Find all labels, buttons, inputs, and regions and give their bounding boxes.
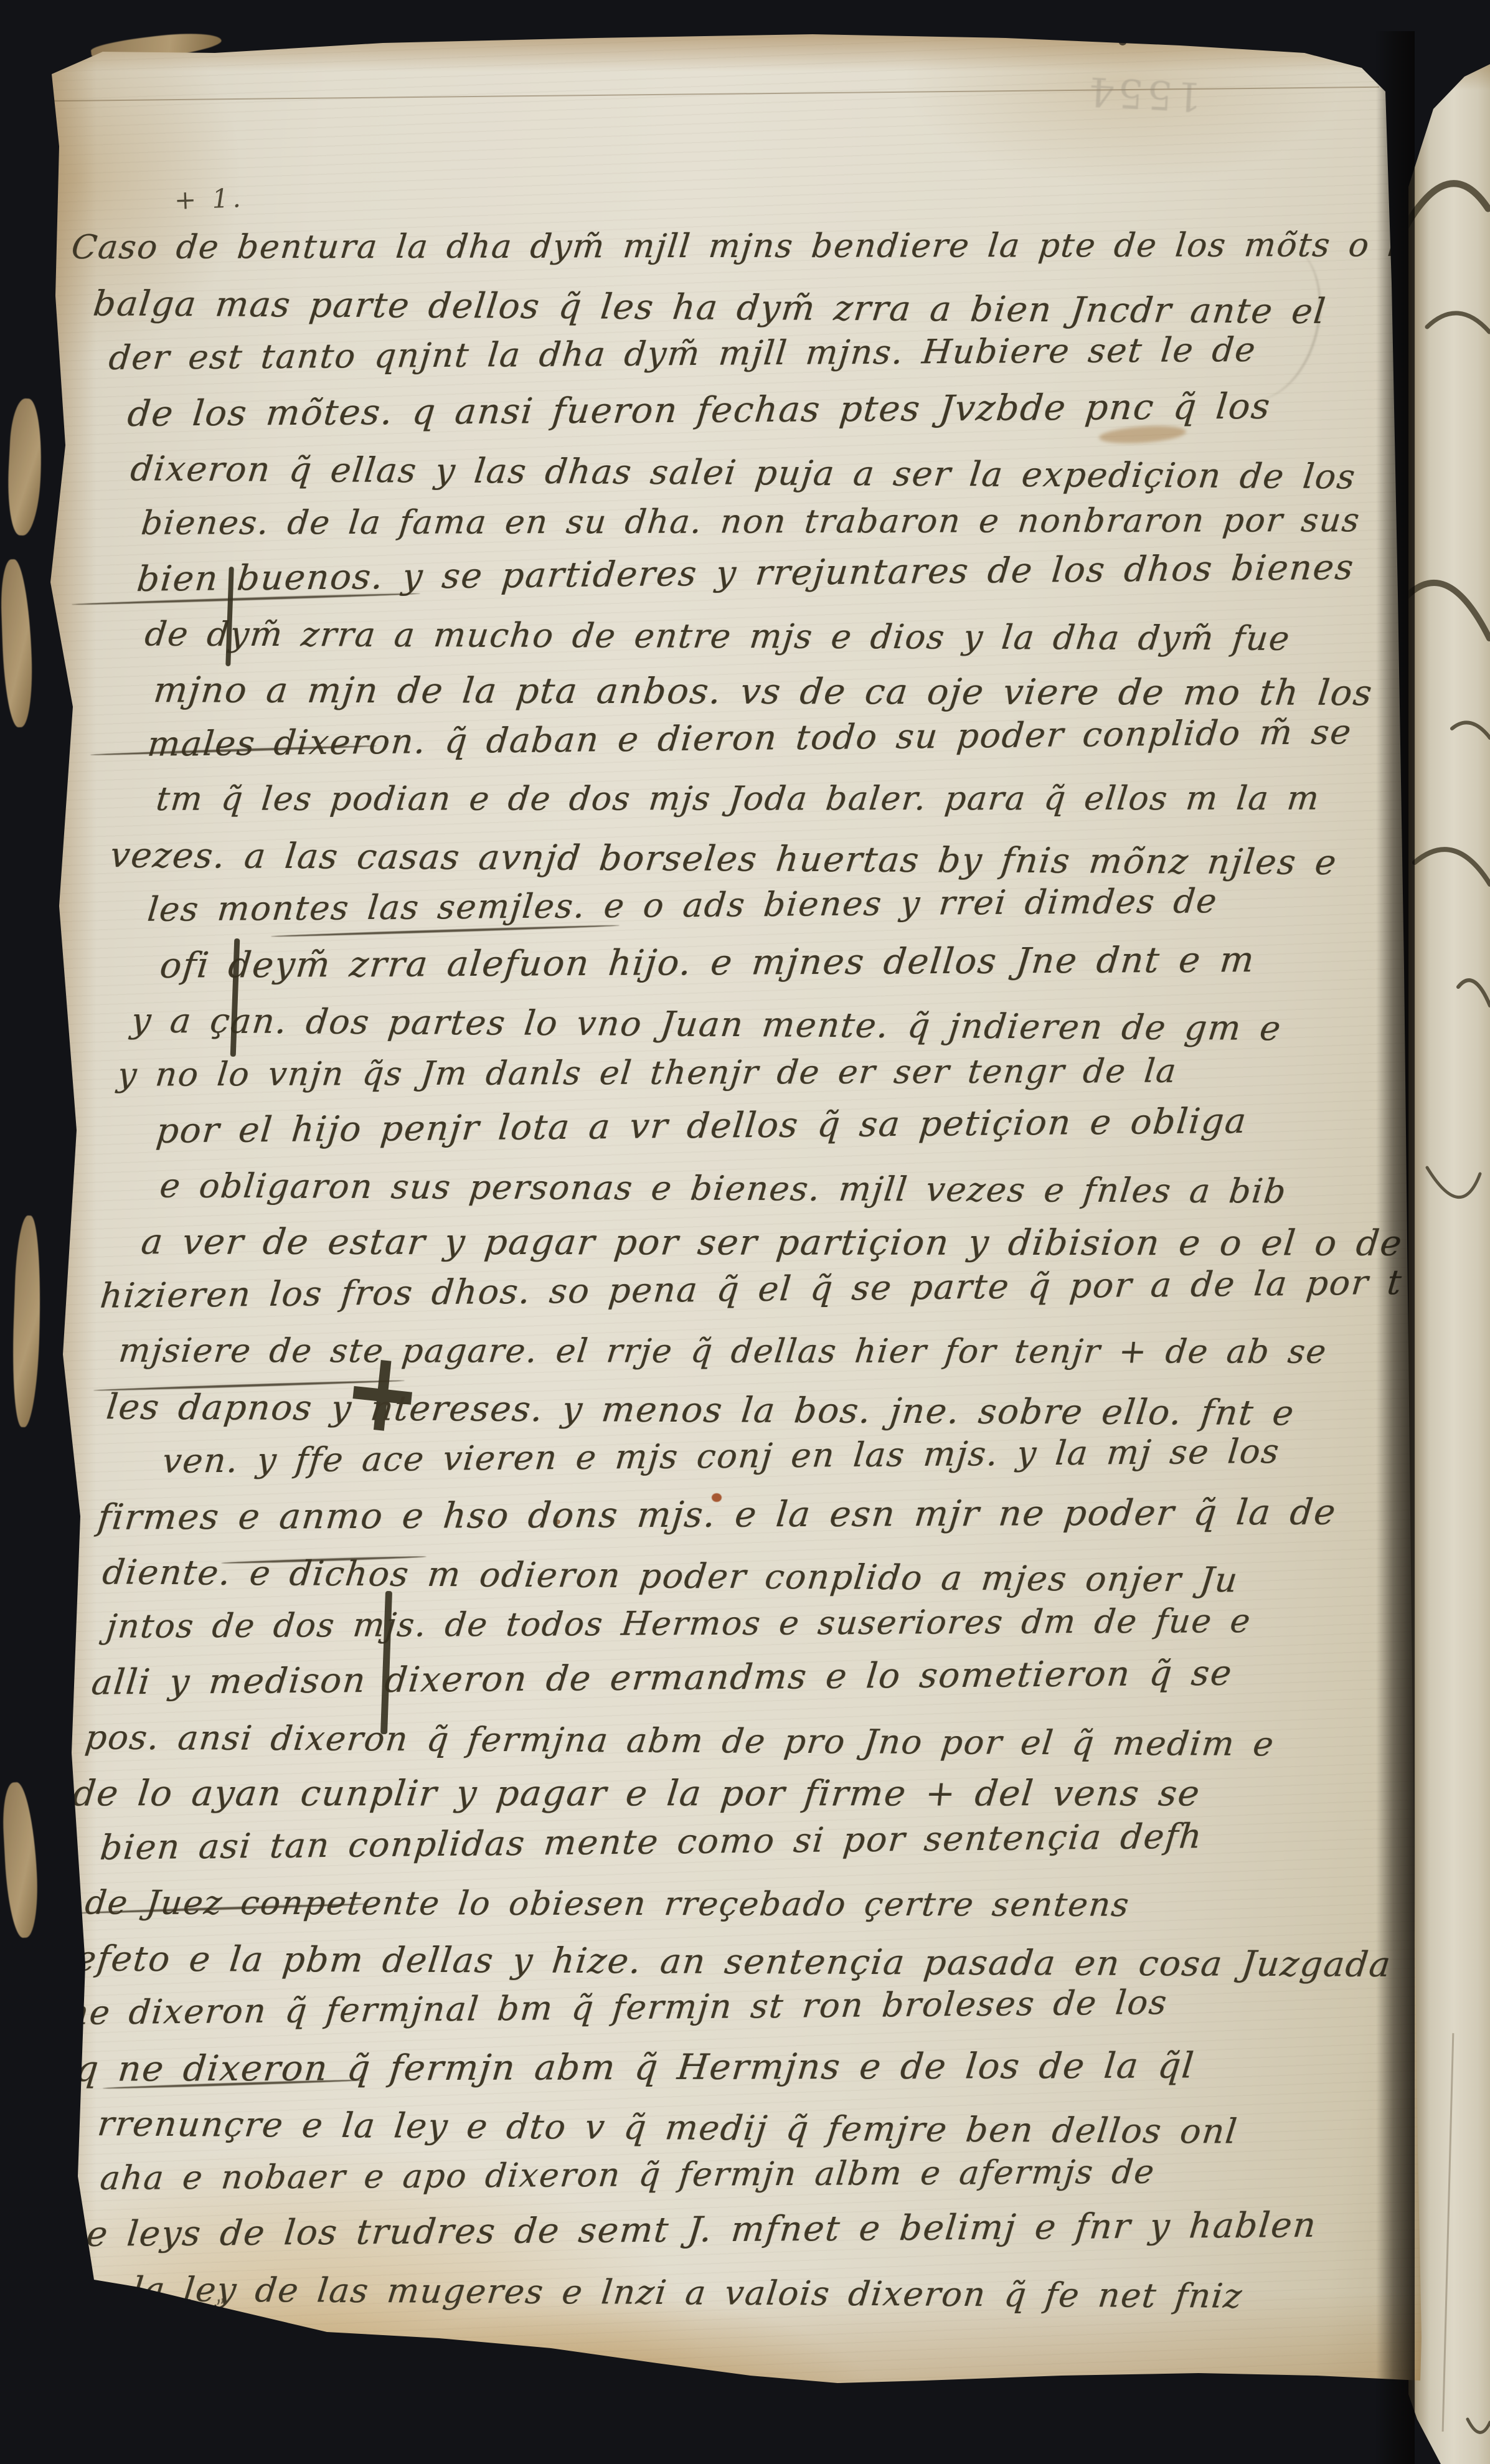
- manuscript-line: ven. y ffe ace vieren e mjs conj en las …: [161, 1435, 1281, 1478]
- manuscript-line: e leys de los trudres de semt J. mfnet e…: [85, 2208, 1318, 2252]
- ink-stroke: [1415, 849, 1490, 884]
- manuscript-line: por el hijo penjr lota a vr dellos q̃ sa…: [154, 1104, 1248, 1149]
- manuscript-photo-scene: + 1. 1554 „ „ + Caso de bentura la dha d…: [0, 0, 1490, 2464]
- margin-tick: „: [56, 1476, 73, 1503]
- ink-stroke: [1427, 1168, 1480, 1197]
- ink-stroke: [1408, 583, 1489, 638]
- manuscript-line: y a çan. dos partes lo vno Juan mente. q…: [130, 1003, 1283, 1046]
- manuscript-line: firmes e anmo e hso dons mjs. e la esn m…: [96, 1495, 1338, 1536]
- adjacent-page-ink-strokes: [1408, 53, 1490, 2464]
- binding-fray: [5, 398, 44, 536]
- manuscript-line: bien asi tan conplidas mente como si por…: [98, 1819, 1204, 1865]
- manuscript-line: a ver de estar y pagar por ser partiçion…: [139, 1224, 1458, 1262]
- manuscript-line: mjsiere de ste pagare. el rrje q̃ dellas…: [117, 1334, 1329, 1369]
- manuscript-line: les montes las semjles. e o ads bienes y…: [146, 884, 1219, 927]
- manuscript-line: tm q̃ les podian e de dos mjs Joda baler…: [154, 782, 1321, 816]
- binding-fray: [1, 1782, 40, 1938]
- manuscript-line: Caso de bentura la dha dym̃ mjll mjns be…: [70, 229, 1422, 264]
- manuscript-line: ne dixeron q̃ fermjnal bm q̃ fermjn st r…: [65, 1986, 1169, 2030]
- manuscript-line: de dym̃ zrra a mucho de entre mjs e dios…: [143, 617, 1292, 655]
- manuscript-line: pos. ansi dixeron q̃ fermjna abm de pro …: [83, 1721, 1276, 1761]
- binding-fray: [10, 1215, 44, 1427]
- manuscript-line: aha e nobaer e apo dixeron q̃ fermjn alb…: [98, 2156, 1156, 2195]
- ink-stroke: [1408, 184, 1488, 258]
- manuscript-page: + 1. 1554 „ „ + Caso de bentura la dha d…: [34, 34, 1429, 2435]
- manuscript-line: jntos de dos mjs. de todos Hermos e suse…: [105, 1605, 1253, 1643]
- manuscript-line: de Juez conpetente lo obiesen rreçebado …: [83, 1886, 1131, 1922]
- manuscript-line: de los mõtes. q ansi fueron fechas ptes…: [126, 389, 1272, 432]
- manuscript-line: males dixeron. q̃ daban e dieron todo su…: [146, 715, 1353, 762]
- manuscript-line: de lo ayan cunplir y pagar e la por firm…: [71, 1776, 1202, 1811]
- ink-stroke: [1452, 722, 1490, 738]
- manuscript-line: der est tanto qnjnt la dha dym̃ mjll mjn…: [107, 333, 1258, 375]
- manuscript-line: balga mas parte dellos q̃ les ha dym̃ zr…: [92, 286, 1328, 329]
- manuscript-line: vezes. a las casas avnjd borseles huerta…: [108, 838, 1339, 880]
- manuscript-line: alli y medison dixeron de ermandms e lo …: [90, 1656, 1234, 1701]
- ink-stroke: [1458, 980, 1490, 1006]
- binding-fray: [0, 559, 34, 727]
- adjacent-page-edge: [1408, 53, 1490, 2464]
- manuscript-line: y la ley de las mugeres e lnzi a valois …: [92, 2272, 1245, 2313]
- manuscript-line: les dapnos y ntereses. y menos la bos. j…: [105, 1390, 1296, 1431]
- manuscript-line: bienes. de la fama en su dha. non trabar…: [139, 504, 1362, 540]
- manuscript-text: Caso de bentura la dha dym̃ mjll mjns be…: [34, 34, 1429, 2435]
- manuscript-line: rrenunçre e la ley e dto v q̃ medij q̃ f…: [96, 2107, 1240, 2148]
- manuscript-line: q ne dixeron q̃ fermjn abm q̃ Hermjns e …: [73, 2049, 1196, 2087]
- ink-stroke: [1468, 2419, 1490, 2432]
- manuscript-line: mjno a mjn de la pta anbos. vs de ca oje…: [152, 673, 1375, 711]
- manuscript-line: hizieren los fros dhos. so pena q̃ el q̃…: [98, 1265, 1403, 1313]
- manuscript-line: efeto e la pbm dellas y hize. an sentenç…: [73, 1942, 1393, 1983]
- manuscript-line: ofi deym̃ zrra alefuon hijo. e mjnes del…: [158, 942, 1257, 984]
- manuscript-line: y no lo vnjn q̃s Jm danls el thenjr de e…: [116, 1055, 1179, 1092]
- manuscript-line: e obligaron sus personas e bienes. mjll …: [158, 1169, 1288, 1208]
- manuscript-line: bien buenos. y se partideres y rrejuntar…: [135, 550, 1356, 597]
- ink-stroke: [1427, 313, 1489, 332]
- manuscript-line: dixeron q̃ ellas y las dhas salei puja a…: [129, 451, 1358, 494]
